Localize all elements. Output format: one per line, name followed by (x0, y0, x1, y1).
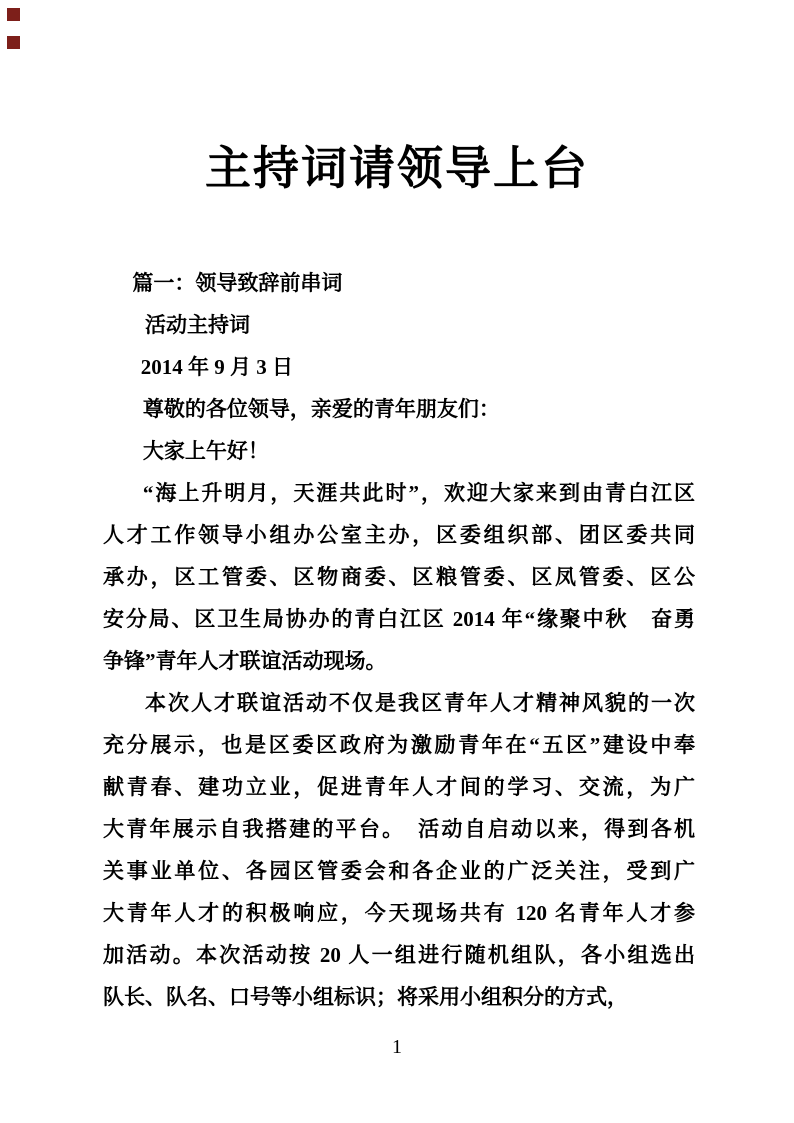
document-body: 篇一：领导致辞前串词活动主持词2014 年 9 月 3 日尊敬的各位领导，亲爱的… (103, 262, 695, 1018)
corner-mark-top (7, 8, 20, 21)
body-line: 尊敬的各位领导，亲爱的青年朋友们： (103, 388, 695, 430)
body-line: 争锋”青年人才联谊活动现场。 (103, 640, 695, 682)
document-title: 主持词请领导上台 (0, 136, 794, 202)
body-line: 献青春、建功立业，促进青年人才间的学习、交流，为广 (103, 766, 695, 808)
body-line: 篇一：领导致辞前串词 (103, 262, 695, 304)
body-line: 人才工作领导小组办公室主办，区委组织部、团区委共同 (103, 514, 695, 556)
body-line: 关事业单位、各园区管委会和各企业的广泛关注，受到广 (103, 850, 695, 892)
body-line: 大家上午好！ (103, 430, 695, 472)
document-page: 主持词请领导上台 篇一：领导致辞前串词活动主持词2014 年 9 月 3 日尊敬… (0, 0, 794, 1123)
body-line: 安分局、区卫生局协办的青白江区 2014 年“缘聚中秋 奋勇 (103, 598, 695, 640)
page-number: 1 (0, 1036, 794, 1058)
body-line: 队长、队名、口号等小组标识；将采用小组积分的方式， (103, 976, 695, 1018)
corner-mark-bottom (7, 36, 20, 49)
body-line: 大青年展示自我搭建的平台。 活动自启动以来，得到各机 (103, 808, 695, 850)
body-line: 活动主持词 (103, 304, 695, 346)
body-line: 本次人才联谊活动不仅是我区青年人才精神风貌的一次 (103, 682, 695, 724)
body-line: 加活动。本次活动按 20 人一组进行随机组队，各小组选出 (103, 934, 695, 976)
body-line: 大青年人才的积极响应，今天现场共有 120 名青年人才参 (103, 892, 695, 934)
body-line: 承办，区工管委、区物商委、区粮管委、区凤管委、区公 (103, 556, 695, 598)
body-line: 充分展示，也是区委区政府为激励青年在“五区”建设中奉 (103, 724, 695, 766)
body-line: “海上升明月，天涯共此时”，欢迎大家来到由青白江区 (103, 472, 695, 514)
body-line: 2014 年 9 月 3 日 (103, 346, 695, 388)
